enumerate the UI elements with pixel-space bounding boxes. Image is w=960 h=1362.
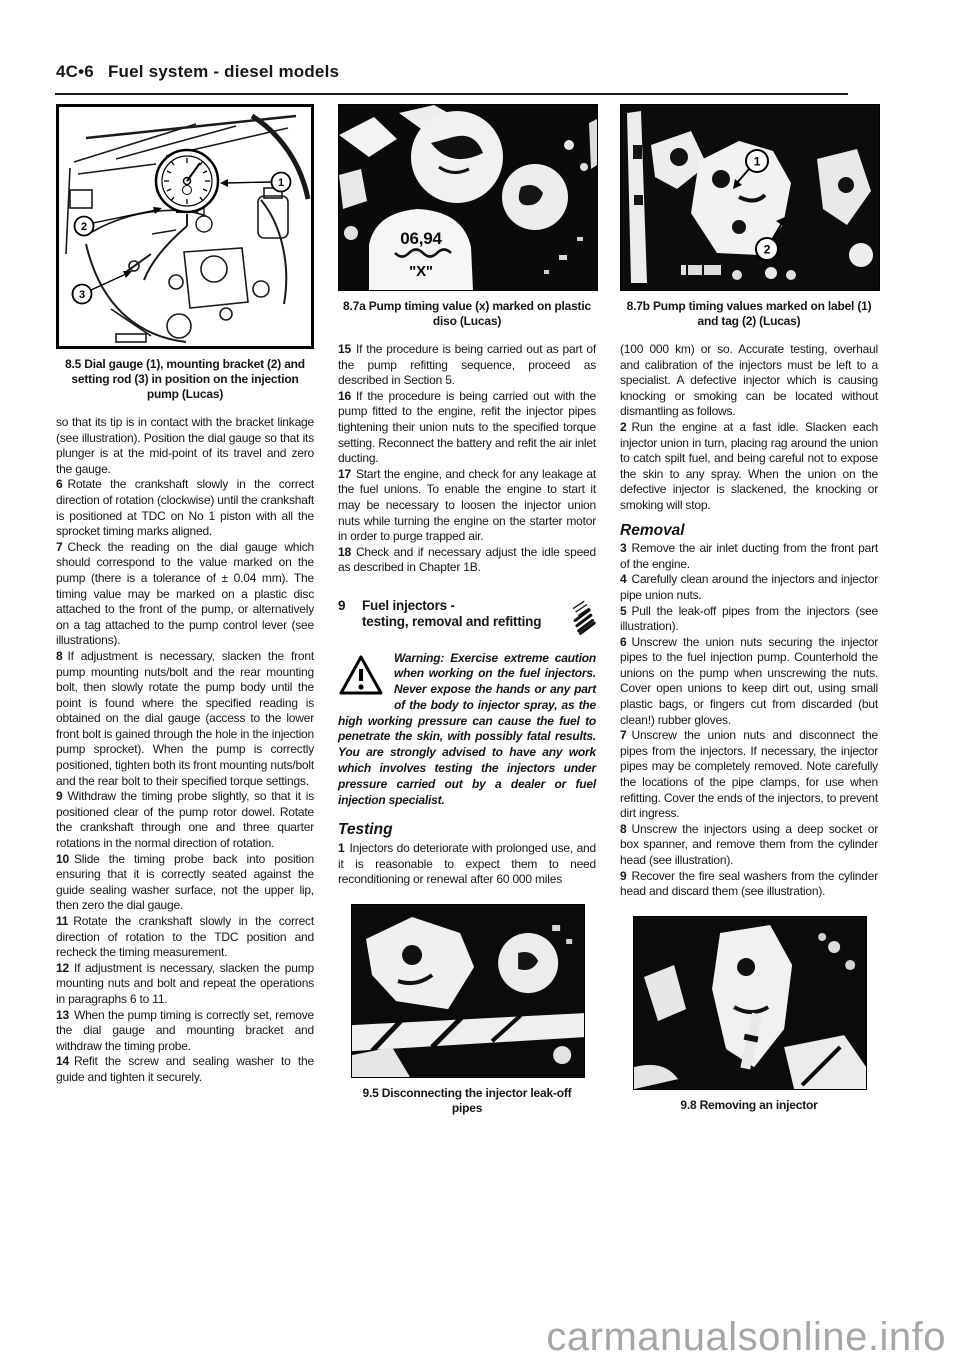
page-header: 4C•6Fuel system - diesel models xyxy=(0,0,960,82)
paragraph: 9Withdraw the timing probe slightly, so … xyxy=(56,789,314,851)
paragraph-number: 7 xyxy=(56,540,62,554)
disc-x-mark-text: "X" xyxy=(409,263,433,280)
paragraph-text: Rotate the crankshaft slowly in the corr… xyxy=(56,914,314,959)
paragraph-number: 9 xyxy=(620,869,626,883)
paragraph: (100 000 km) or so. Accurate testing, ov… xyxy=(620,342,878,420)
callout-3: 3 xyxy=(79,289,85,301)
section-9-heading: 9 Fuel injectors - testing, removal and … xyxy=(338,598,596,641)
paragraph-number: 12 xyxy=(56,961,69,975)
paragraph-text: Unscrew the union nuts securing the inje… xyxy=(620,635,878,727)
paragraph-text: Injectors do deteriorate with prolonged … xyxy=(338,841,596,886)
paragraph: 12If adjustment is necessary, slacken th… xyxy=(56,961,314,1008)
paragraph-number: 8 xyxy=(56,649,62,663)
paragraph: 9Recover the fire seal washers from the … xyxy=(620,869,878,900)
paragraph-number: 4 xyxy=(620,572,626,586)
paragraph-text: Start the engine, and check for any leak… xyxy=(338,467,596,543)
paragraph: 11Rotate the crankshaft slowly in the co… xyxy=(56,914,314,961)
paragraph: 7Unscrew the union nuts and disconnect t… xyxy=(620,728,878,822)
paragraph-text: Rotate the crankshaft slowly in the corr… xyxy=(56,477,314,538)
removal-heading: Removal xyxy=(620,523,878,539)
paragraph: 10Slide the timing probe back into posit… xyxy=(56,852,314,914)
paragraph-number: 10 xyxy=(56,852,69,866)
paragraph-text: Check and if necessary adjust the idle s… xyxy=(338,545,596,575)
paragraph-number: 6 xyxy=(620,635,626,649)
paragraph-number: 18 xyxy=(338,545,351,559)
paragraph: 5Pull the leak-off pipes from the inject… xyxy=(620,604,878,635)
paragraph-text: Check the reading on the dial gauge whic… xyxy=(56,540,314,648)
removing-injector-photo xyxy=(633,916,867,1090)
figure-9-8-photo: 9.8 Removing an injector xyxy=(633,916,865,1113)
paragraph: so that its tip is in contact with the b… xyxy=(56,415,314,477)
section-title-line2: testing, removal and refitting xyxy=(362,614,541,629)
paragraph-text: Unscrew the injectors using a deep socke… xyxy=(620,822,878,867)
warning-label: Warning: xyxy=(394,651,444,665)
paragraph-number: 5 xyxy=(620,604,626,618)
paragraph-text: When the pump timing is correctly set, r… xyxy=(56,1008,314,1053)
figure-9-5-caption: 9.5 Disconnecting the injector leak-off … xyxy=(355,1086,579,1116)
callout-1: 1 xyxy=(754,155,761,169)
paragraph: 1Injectors do deteriorate with prolonged… xyxy=(338,841,596,888)
paragraph: 8Unscrew the injectors using a deep sock… xyxy=(620,822,878,869)
paragraph-number: 1 xyxy=(338,841,344,855)
paragraph: 18Check and if necessary adjust the idle… xyxy=(338,545,596,576)
figure-8-7b-caption: 8.7b Pump timing values marked on label … xyxy=(624,299,874,329)
manual-page: { "page": { "header_code": "4C•6", "head… xyxy=(0,0,960,1362)
paragraph-number: 13 xyxy=(56,1008,69,1022)
paragraph: 14Refit the screw and sealing washer to … xyxy=(56,1054,314,1085)
watermark: carmanualsonline.info xyxy=(546,1315,946,1360)
figure-8-7a-caption: 8.7a Pump timing value (x) marked on pla… xyxy=(342,299,592,329)
disc-value-text: 06,94 xyxy=(400,229,442,248)
paragraph: 8If adjustment is necessary, slacken the… xyxy=(56,649,314,789)
paragraph-text: Recover the fire seal washers from the c… xyxy=(620,869,878,899)
warning-box: Warning: Exercise extreme caution when w… xyxy=(338,651,596,809)
paragraph: 15If the procedure is being carried out … xyxy=(338,342,596,389)
paragraph-number: 2 xyxy=(620,420,626,434)
column-1: 1 2 3 8.5 Dial gauge (1), mounting brack… xyxy=(56,104,314,1129)
paragraph-text: Refit the screw and sealing washer to th… xyxy=(56,1054,314,1084)
paragraph-text: Unscrew the union nuts and disconnect th… xyxy=(620,728,878,820)
paragraph-text: so that its tip is in contact with the b… xyxy=(56,415,314,476)
paragraph-text: Withdraw the timing probe slightly, so t… xyxy=(56,789,314,850)
page-columns: 1 2 3 8.5 Dial gauge (1), mounting brack… xyxy=(0,104,960,1129)
paragraph: 3Remove the air inlet ducting from the f… xyxy=(620,541,878,572)
paragraph-number: 17 xyxy=(338,467,351,481)
paragraph-text: If the procedure is being carried out as… xyxy=(338,342,596,387)
paragraph: 6Rotate the crankshaft slowly in the cor… xyxy=(56,477,314,539)
paragraph: 4Carefully clean around the injectors an… xyxy=(620,572,878,603)
column-2: 06,94 "X" 8.7a Pump timing value (x) mar… xyxy=(338,104,596,1129)
callout-1: 1 xyxy=(278,177,284,189)
testing-heading: Testing xyxy=(338,822,596,838)
section-title: Fuel injectors - testing, removal and re… xyxy=(362,598,541,630)
paragraph-number: 8 xyxy=(620,822,626,836)
paragraph-text: Run the engine at a fast idle. Slacken e… xyxy=(620,420,878,512)
section-number: 9 xyxy=(338,598,362,614)
leak-off-pipes-photo xyxy=(351,904,585,1078)
callout-2: 2 xyxy=(81,221,87,233)
paragraph-number: 6 xyxy=(56,477,62,491)
paragraph-number: 14 xyxy=(56,1054,69,1068)
paragraph-text: If adjustment is necessary, slacken the … xyxy=(56,649,314,788)
paragraph-number: 15 xyxy=(338,342,351,356)
figure-9-5-photo: 9.5 Disconnecting the injector leak-off … xyxy=(351,904,583,1116)
paragraph-number: 7 xyxy=(620,728,626,742)
callout-2: 2 xyxy=(764,243,771,257)
paragraph: 17Start the engine, and check for any le… xyxy=(338,467,596,545)
pump-timing-label-photo: 1 2 xyxy=(620,104,880,291)
paragraph: 6Unscrew the union nuts securing the inj… xyxy=(620,635,878,729)
paragraph-number: 3 xyxy=(620,541,626,555)
pump-timing-disc-photo: 06,94 "X" xyxy=(338,104,598,291)
section-title-line1: Fuel injectors - xyxy=(362,598,455,613)
paragraph-number: 11 xyxy=(56,914,68,928)
figure-8-7b-photo: 1 2 8.7b Pump timing values marked on la… xyxy=(620,104,878,329)
column-3: 1 2 8.7b Pump timing values marked on la… xyxy=(620,104,878,1129)
figure-8-5-diagram: 1 2 3 8.5 Dial gauge (1), mounting brack… xyxy=(56,104,314,402)
paragraph-text: (100 000 km) or so. Accurate testing, ov… xyxy=(620,342,878,418)
header-rule xyxy=(55,93,848,95)
dial-gauge-diagram: 1 2 3 xyxy=(56,104,314,349)
figure-9-8-caption: 9.8 Removing an injector xyxy=(637,1098,861,1113)
page-number: 4C•6 xyxy=(56,62,94,81)
paragraph-text: Remove the air inlet ducting from the fr… xyxy=(620,541,878,571)
figure-8-5-caption: 8.5 Dial gauge (1), mounting bracket (2)… xyxy=(60,357,310,402)
paragraph: 2Run the engine at a fast idle. Slacken … xyxy=(620,420,878,514)
paragraph-text: Carefully clean around the injectors and… xyxy=(620,572,878,602)
page-title: Fuel system - diesel models xyxy=(108,62,339,81)
paragraph: 7Check the reading on the dial gauge whi… xyxy=(56,540,314,649)
warning-triangle-icon xyxy=(338,654,384,701)
paragraph-text: Slide the timing probe back into positio… xyxy=(56,852,314,913)
paragraph-text: Pull the leak-off pipes from the injecto… xyxy=(620,604,878,634)
paragraph-text: If adjustment is necessary, slacken the … xyxy=(56,961,314,1006)
figure-8-7a-photo: 06,94 "X" 8.7a Pump timing value (x) mar… xyxy=(338,104,596,329)
paragraph-number: 9 xyxy=(56,789,62,803)
paragraph-text: If the procedure is being carried out wi… xyxy=(338,389,596,465)
paragraph: 16If the procedure is being carried out … xyxy=(338,389,596,467)
paragraph-number: 16 xyxy=(338,389,351,403)
paragraph: 13When the pump timing is correctly set,… xyxy=(56,1008,314,1055)
difficulty-spanner-icon xyxy=(564,598,596,641)
